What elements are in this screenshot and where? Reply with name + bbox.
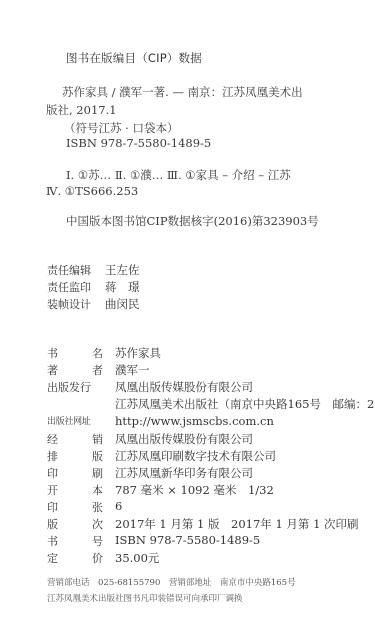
info-value: 2017年 1 月第 1 版 2017年 1 月第 1 次印刷 bbox=[105, 516, 359, 532]
info-row-title: 书名 苏作家具 bbox=[47, 345, 161, 361]
info-row-author: 著者 濮军一 bbox=[47, 362, 150, 378]
credit-label: 责任编辑 bbox=[47, 262, 105, 278]
cip-isbn: ISBN 978-7-5580-1489-5 bbox=[66, 136, 211, 150]
info-row-publisher: 出版发行 凤凰出版传媒股份有限公司 bbox=[47, 379, 253, 395]
info-value: 35.00元 bbox=[105, 550, 159, 566]
info-label: 经 bbox=[47, 431, 58, 447]
info-row-edition: 版次 2017年 1 月第 1 版 2017年 1 月第 1 次印刷 bbox=[47, 516, 359, 532]
footer-notice: 江苏凤凰美术出版社图书凡印装错误可向承印厂调换 bbox=[47, 592, 243, 604]
info-row-typesetting: 排版 江苏凤凰印刷数字技术有限公司 bbox=[47, 448, 276, 464]
footer-contact: 营销部电话 025-68155790 营销部地址 南京市中央路165号 bbox=[47, 576, 296, 588]
info-label: 印 bbox=[47, 465, 58, 481]
info-label: 书 bbox=[47, 533, 58, 549]
info-value: 濮军一 bbox=[105, 362, 150, 378]
cip-record-number: 中国版本图书馆CIP数据核字(2016)第323903号 bbox=[66, 213, 319, 229]
info-label: 出版社网址 bbox=[47, 414, 91, 428]
info-label: 印 bbox=[47, 499, 58, 515]
info-value: 6 bbox=[105, 499, 122, 515]
credit-row-designer: 装帧设计 曲闵民 bbox=[47, 296, 140, 312]
info-value: 凤凰出版传媒股份有限公司 bbox=[105, 379, 253, 395]
info-label: 版 bbox=[47, 516, 58, 532]
credit-value: 曲闵民 bbox=[105, 296, 140, 312]
info-row-format: 开本 787 毫米 × 1092 毫米 1/32 bbox=[47, 482, 274, 498]
info-row-isbn: 书号 ISBN 978-7-5580-1489-5 bbox=[47, 533, 260, 549]
credit-label: 装帧设计 bbox=[47, 296, 105, 312]
info-row-sheets: 印张 6 bbox=[47, 499, 122, 515]
cip-line-1: 苏作家具 / 濮军一著. — 南京：江苏凤凰美术出 bbox=[62, 84, 303, 100]
credit-value: 王左佐 bbox=[105, 262, 140, 278]
info-row-website: 出版社网址 http://www.jsmscbs.com.cn bbox=[47, 414, 274, 428]
info-row-publisher-address: 江苏凤凰美术出版社（南京中央路165号 邮编：210009） bbox=[47, 396, 375, 412]
copyright-page: 图书在版编目（CIP）数据 苏作家具 / 濮军一著. — 南京：江苏凤凰美术出 … bbox=[0, 0, 375, 627]
cip-classification-1: Ⅰ. ①苏… Ⅱ. ①濮… Ⅲ. ①家具 – 介绍 – 江苏 bbox=[66, 167, 291, 183]
info-value: 凤凰出版传媒股份有限公司 bbox=[105, 431, 253, 447]
info-label: 出版发行 bbox=[47, 379, 91, 395]
info-value: 江苏凤凰印刷数字技术有限公司 bbox=[105, 448, 276, 464]
info-value: 苏作家具 bbox=[105, 345, 161, 361]
credit-row-print-supervisor: 责任监印 蒋 璟 bbox=[47, 279, 140, 295]
info-label: 书 bbox=[47, 345, 58, 361]
info-row-distributor: 经销 凤凰出版传媒股份有限公司 bbox=[47, 431, 253, 447]
info-value: ISBN 978-7-5580-1489-5 bbox=[105, 533, 260, 549]
cip-line-2: 版社, 2017.1 bbox=[46, 102, 117, 118]
credit-row-editor: 责任编辑 王左佐 bbox=[47, 262, 140, 278]
info-row-printer: 印刷 江苏凤凰新华印务有限公司 bbox=[47, 465, 253, 481]
credit-value: 蒋 璟 bbox=[105, 279, 140, 295]
info-label: 著 bbox=[47, 362, 58, 378]
cip-classification-2: Ⅳ. ①TS666.253 bbox=[46, 184, 138, 198]
credit-label: 责任监印 bbox=[47, 279, 105, 295]
info-label: 排 bbox=[47, 448, 58, 464]
website-link[interactable]: http://www.jsmscbs.com.cn bbox=[105, 414, 274, 428]
info-value: 787 毫米 × 1092 毫米 1/32 bbox=[105, 482, 274, 498]
cip-series: （符号江苏 · 口袋本） bbox=[64, 120, 178, 136]
info-label: 定 bbox=[47, 550, 58, 566]
info-value: 江苏凤凰美术出版社（南京中央路165号 邮编：210009） bbox=[105, 396, 375, 412]
info-row-price: 定价 35.00元 bbox=[47, 550, 159, 566]
info-label: 开 bbox=[47, 482, 58, 498]
info-value: 江苏凤凰新华印务有限公司 bbox=[105, 465, 253, 481]
cip-title: 图书在版编目（CIP）数据 bbox=[66, 50, 202, 66]
